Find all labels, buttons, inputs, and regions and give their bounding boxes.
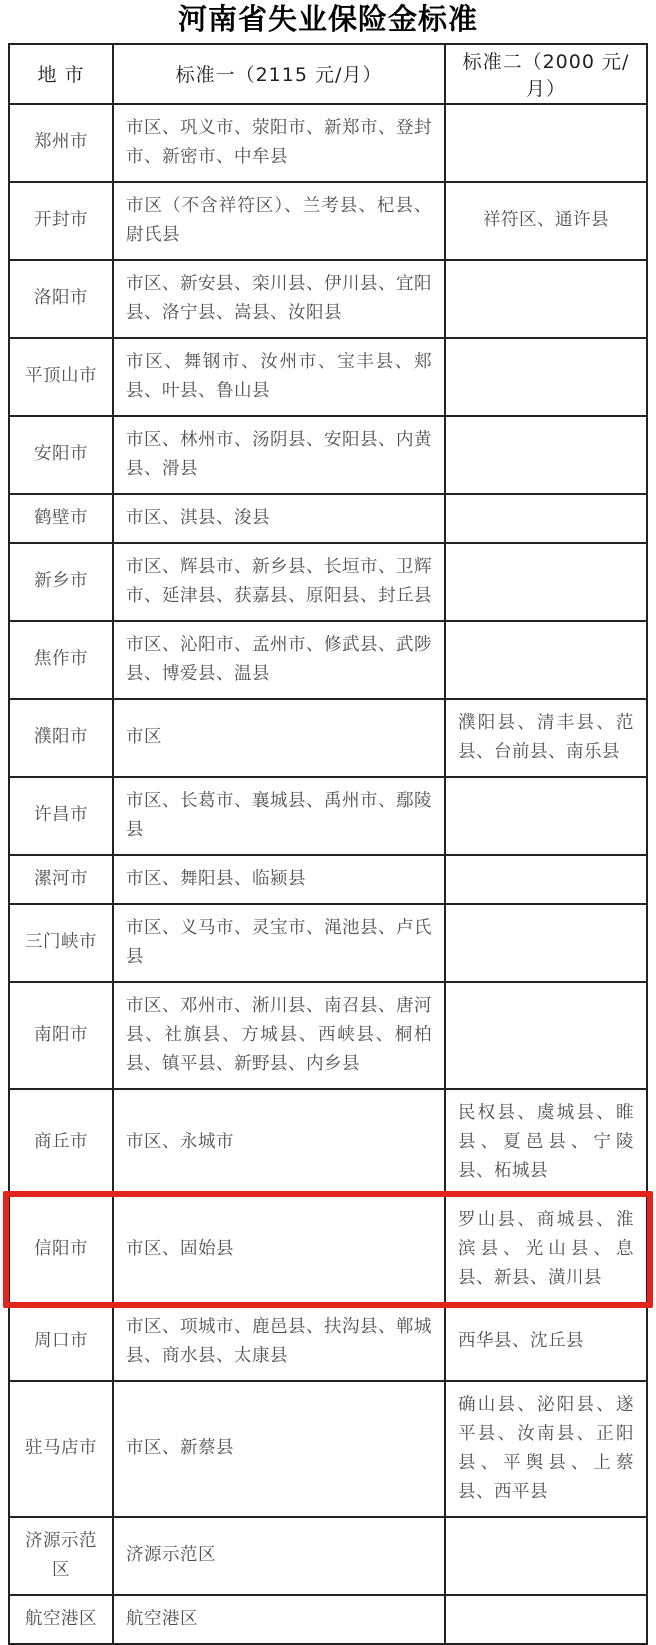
standard-two-cell — [445, 1595, 647, 1644]
table-row: 许昌市市区、长葛市、襄城县、禹州市、鄢陵县 — [9, 777, 647, 855]
city-cell: 信阳市 — [9, 1196, 113, 1303]
city-cell: 周口市 — [9, 1303, 113, 1381]
table-row: 漯河市市区、舞阳县、临颍县 — [9, 855, 647, 904]
standard-two-cell — [445, 904, 647, 982]
city-cell: 漯河市 — [9, 855, 113, 904]
insurance-standards-table: 地 市 标准一（2115 元/月） 标准二（2000 元/月） 郑州市市区、巩义… — [8, 43, 648, 1645]
city-cell: 许昌市 — [9, 777, 113, 855]
standard-two-cell — [445, 543, 647, 621]
table-row: 开封市市区（不含祥符区）、兰考县、杞县、尉氏县祥符区、通许县 — [9, 182, 647, 260]
standard-two-cell — [445, 494, 647, 543]
city-cell: 济源示范区 — [9, 1517, 113, 1595]
standard-two-cell — [445, 777, 647, 855]
city-cell: 商丘市 — [9, 1089, 113, 1196]
city-cell: 航空港区 — [9, 1595, 113, 1644]
header-city: 地 市 — [9, 44, 113, 104]
table-row: 郑州市市区、巩义市、荥阳市、新郑市、登封市、新密市、中牟县 — [9, 104, 647, 182]
table-row: 新乡市市区、辉县市、新乡县、长垣市、卫辉市、延津县、获嘉县、原阳县、封丘县 — [9, 543, 647, 621]
standard-two-cell — [445, 104, 647, 182]
city-cell: 郑州市 — [9, 104, 113, 182]
standard-one-cell: 市区、淇县、浚县 — [113, 494, 445, 543]
table-row: 信阳市市区、固始县罗山县、商城县、淮滨县、光山县、息县、新县、潢川县 — [9, 1196, 647, 1303]
standard-one-cell: 市区、辉县市、新乡县、长垣市、卫辉市、延津县、获嘉县、原阳县、封丘县 — [113, 543, 445, 621]
page-title: 河南省失业保险金标准 — [0, 4, 656, 36]
standard-two-cell: 濮阳县、清丰县、范县、台前县、南乐县 — [445, 699, 647, 777]
table-row: 安阳市市区、林州市、汤阴县、安阳县、内黄县、滑县 — [9, 416, 647, 494]
table-row: 驻马店市市区、新蔡县确山县、泌阳县、遂平县、汝南县、正阳县、平舆县、上蔡县、西平… — [9, 1381, 647, 1517]
table-body: 郑州市市区、巩义市、荥阳市、新郑市、登封市、新密市、中牟县开封市市区（不含祥符区… — [9, 104, 647, 1644]
header-standard-one: 标准一（2115 元/月） — [113, 44, 445, 104]
city-cell: 开封市 — [9, 182, 113, 260]
standard-one-cell: 市区 — [113, 699, 445, 777]
standard-one-cell: 市区、新蔡县 — [113, 1381, 445, 1517]
city-cell: 平顶山市 — [9, 338, 113, 416]
page: 河南省失业保险金标准 地 市 标准一（2115 元/月） 标准二（2000 元/… — [0, 0, 656, 1645]
standard-two-cell — [445, 1517, 647, 1595]
standard-two-cell: 西华县、沈丘县 — [445, 1303, 647, 1381]
city-cell: 南阳市 — [9, 982, 113, 1089]
city-cell: 鹤壁市 — [9, 494, 113, 543]
standard-one-cell: 市区、邓州市、淅川县、南召县、唐河县、社旗县、方城县、西峡县、桐柏县、镇平县、新… — [113, 982, 445, 1089]
city-cell: 洛阳市 — [9, 260, 113, 338]
city-cell: 三门峡市 — [9, 904, 113, 982]
standard-one-cell: 市区、长葛市、襄城县、禹州市、鄢陵县 — [113, 777, 445, 855]
standard-two-cell — [445, 855, 647, 904]
standard-one-cell: 市区、舞阳县、临颍县 — [113, 855, 445, 904]
standard-one-cell: 市区、项城市、鹿邑县、扶沟县、郸城县、商水县、太康县 — [113, 1303, 445, 1381]
header-standard-two: 标准二（2000 元/月） — [445, 44, 647, 104]
table-row: 三门峡市市区、义马市、灵宝市、渑池县、卢氏县 — [9, 904, 647, 982]
standard-one-cell: 市区、新安县、栾川县、伊川县、宜阳县、洛宁县、嵩县、汝阳县 — [113, 260, 445, 338]
table-row: 航空港区航空港区 — [9, 1595, 647, 1644]
standard-one-cell: 市区、义马市、灵宝市、渑池县、卢氏县 — [113, 904, 445, 982]
standard-one-cell: 市区（不含祥符区）、兰考县、杞县、尉氏县 — [113, 182, 445, 260]
table-row: 鹤壁市市区、淇县、浚县 — [9, 494, 647, 543]
standard-two-cell — [445, 621, 647, 699]
city-cell: 新乡市 — [9, 543, 113, 621]
standard-two-cell: 祥符区、通许县 — [445, 182, 647, 260]
city-cell: 安阳市 — [9, 416, 113, 494]
standard-two-cell — [445, 260, 647, 338]
standard-one-cell: 济源示范区 — [113, 1517, 445, 1595]
table-row: 南阳市市区、邓州市、淅川县、南召县、唐河县、社旗县、方城县、西峡县、桐柏县、镇平… — [9, 982, 647, 1089]
city-cell: 焦作市 — [9, 621, 113, 699]
standard-one-cell: 市区、巩义市、荥阳市、新郑市、登封市、新密市、中牟县 — [113, 104, 445, 182]
standard-one-cell: 市区、林州市、汤阴县、安阳县、内黄县、滑县 — [113, 416, 445, 494]
table-row: 洛阳市市区、新安县、栾川县、伊川县、宜阳县、洛宁县、嵩县、汝阳县 — [9, 260, 647, 338]
table-row: 濮阳市市区濮阳县、清丰县、范县、台前县、南乐县 — [9, 699, 647, 777]
standard-two-cell: 罗山县、商城县、淮滨县、光山县、息县、新县、潢川县 — [445, 1196, 647, 1303]
table-row: 济源示范区济源示范区 — [9, 1517, 647, 1595]
standard-one-cell: 市区、固始县 — [113, 1196, 445, 1303]
standard-two-cell — [445, 982, 647, 1089]
header-row: 地 市 标准一（2115 元/月） 标准二（2000 元/月） — [9, 44, 647, 104]
standard-two-cell: 确山县、泌阳县、遂平县、汝南县、正阳县、平舆县、上蔡县、西平县 — [445, 1381, 647, 1517]
standard-two-cell — [445, 416, 647, 494]
standard-one-cell: 市区、永城市 — [113, 1089, 445, 1196]
table-row: 焦作市市区、沁阳市、孟州市、修武县、武陟县、博爱县、温县 — [9, 621, 647, 699]
city-cell: 濮阳市 — [9, 699, 113, 777]
city-cell: 驻马店市 — [9, 1381, 113, 1517]
standard-one-cell: 市区、舞钢市、汝州市、宝丰县、郏县、叶县、鲁山县 — [113, 338, 445, 416]
table-row: 商丘市市区、永城市民权县、虞城县、睢县、夏邑县、宁陵县、柘城县 — [9, 1089, 647, 1196]
table-row: 周口市市区、项城市、鹿邑县、扶沟县、郸城县、商水县、太康县西华县、沈丘县 — [9, 1303, 647, 1381]
standard-two-cell: 民权县、虞城县、睢县、夏邑县、宁陵县、柘城县 — [445, 1089, 647, 1196]
standard-one-cell: 航空港区 — [113, 1595, 445, 1644]
standard-one-cell: 市区、沁阳市、孟州市、修武县、武陟县、博爱县、温县 — [113, 621, 445, 699]
standard-two-cell — [445, 338, 647, 416]
table-row: 平顶山市市区、舞钢市、汝州市、宝丰县、郏县、叶县、鲁山县 — [9, 338, 647, 416]
